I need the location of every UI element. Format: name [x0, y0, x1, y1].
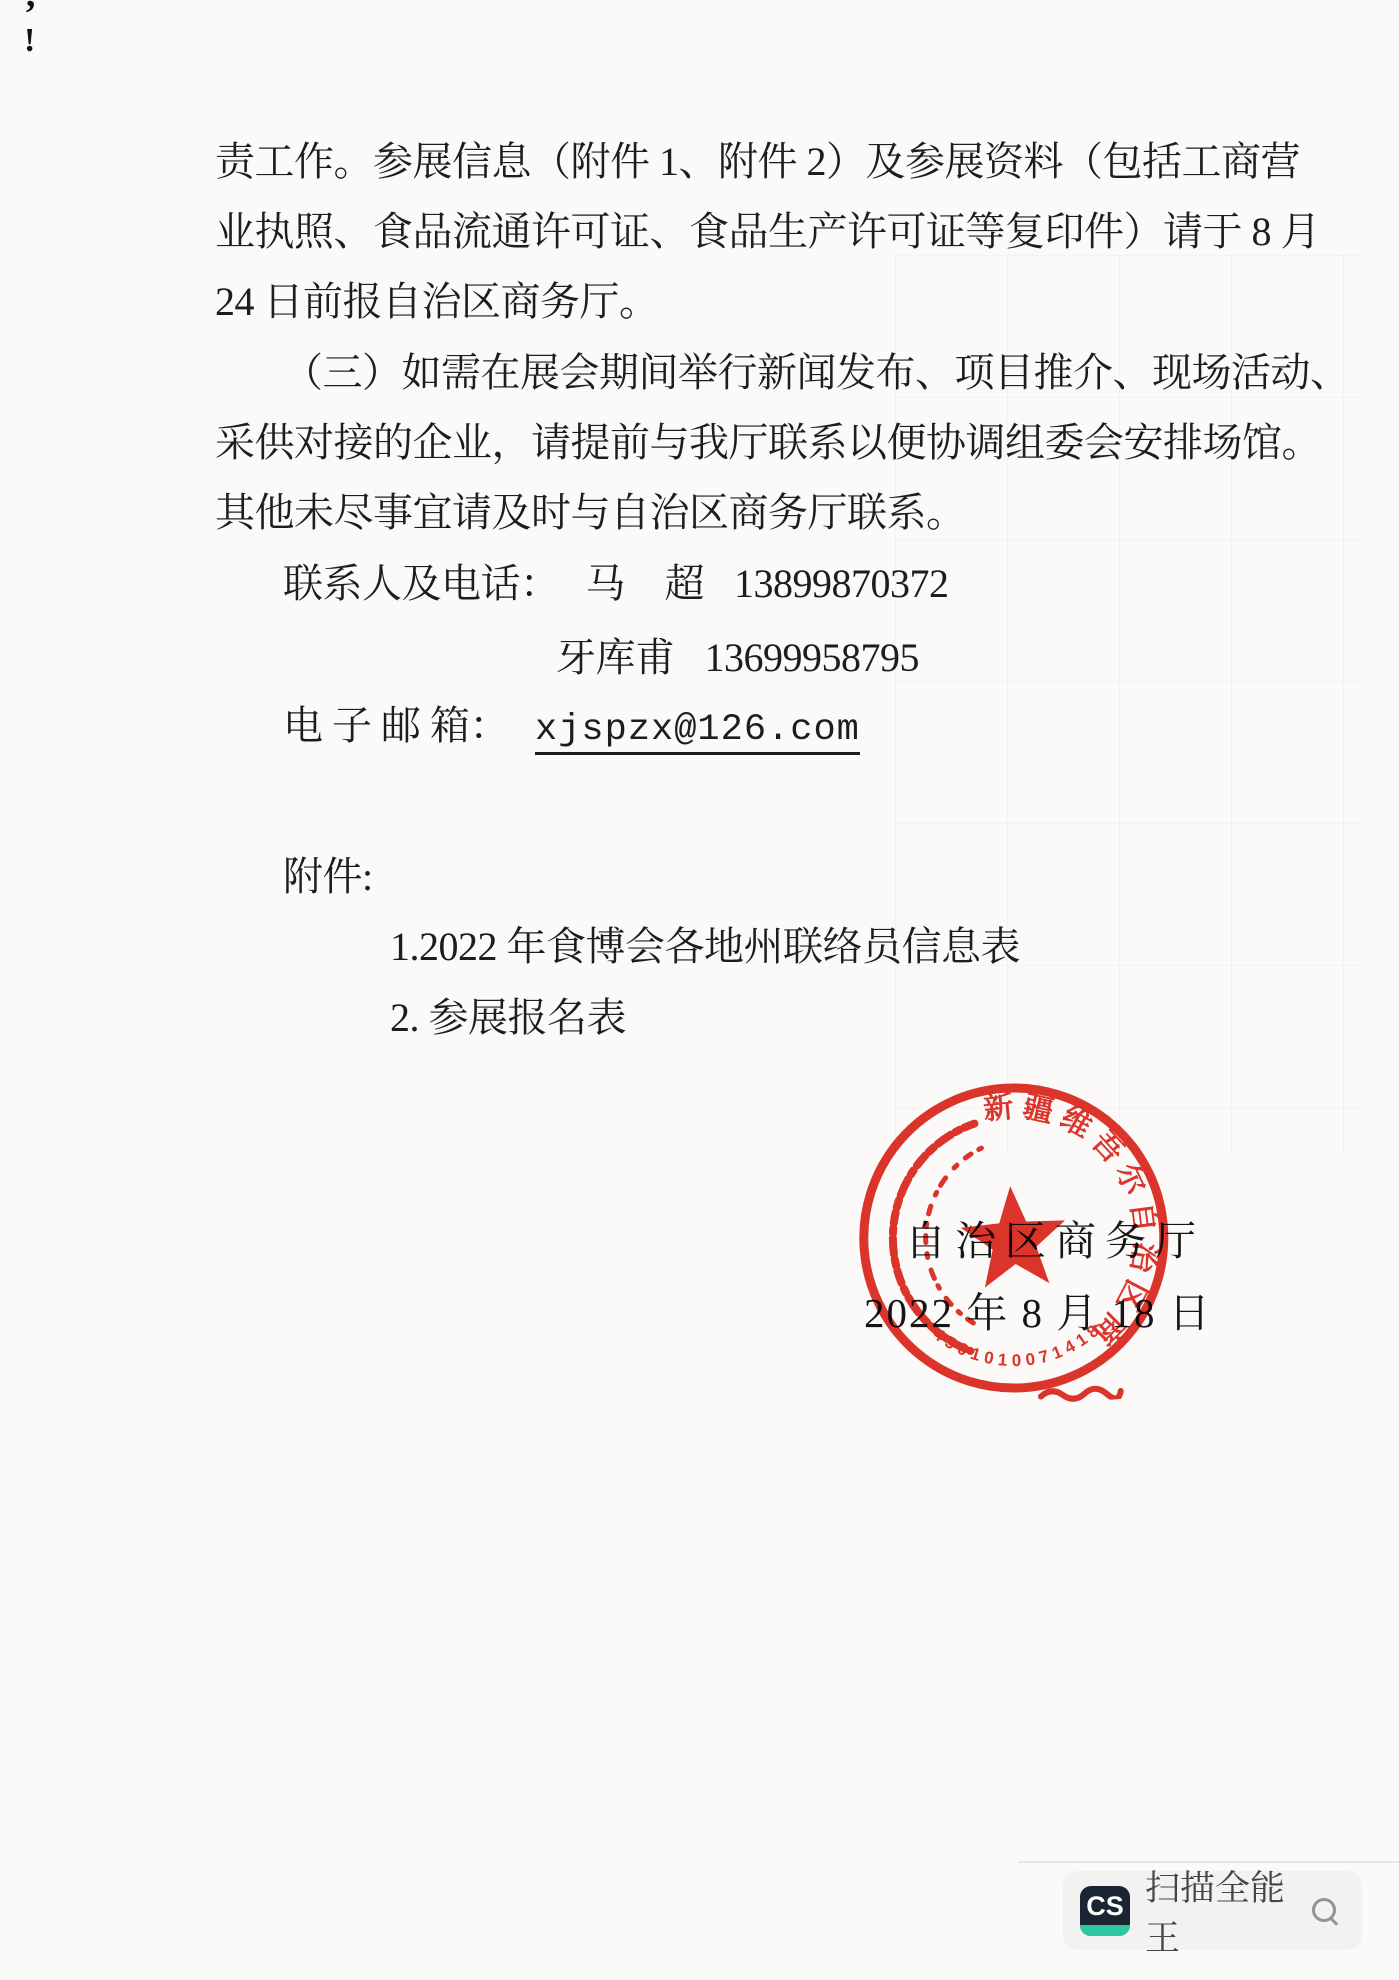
- contact-name: 马 超: [586, 561, 705, 606]
- contact-name: 牙库甫: [556, 635, 675, 680]
- contact-phone: 13699958795: [705, 635, 920, 680]
- attachments-label: 附件:: [283, 845, 373, 902]
- seal-scribble: [1041, 1386, 1122, 1403]
- body-text-line: 责工作。参展信息（附件 1、附件 2）及参展资料（包括工商营: [215, 130, 1300, 187]
- svg-text:4501010071418: 4501010071418: [928, 1313, 1108, 1376]
- camscanner-watermark: CS 扫描全能王: [1063, 1871, 1362, 1950]
- body-text-line: 24 日前报自治区商务厅。: [215, 270, 659, 327]
- camscanner-logo-accent: [1080, 1925, 1130, 1936]
- contact-line-2: 牙库甫13699958795: [556, 626, 919, 683]
- contact-line-1: 联系人及电话：马 超13899870372: [283, 552, 949, 609]
- scan-artifact-mark: !: [24, 22, 35, 60]
- body-text-line: 业执照、食品流通许可证、食品生产许可证等复印件）请于 8 月: [215, 200, 1320, 257]
- attachment-item: 1.2022 年食博会各地州联络员信息表: [390, 915, 1020, 972]
- camscanner-logo-icon: CS: [1080, 1886, 1130, 1936]
- body-text-line: 其他未尽事宜请及时与自治区商务厅联系。: [215, 481, 966, 538]
- official-seal: 新疆维吾尔自治区商务厅 4501010071418: [841, 1065, 1188, 1417]
- email-label: 电 子 邮 箱：: [283, 703, 509, 748]
- attachment-item: 2. 参展报名表: [390, 986, 626, 1043]
- contact-label: 联系人及电话：: [283, 561, 560, 606]
- contact-phone: 13899870372: [734, 561, 949, 606]
- seal-serial-number: 4501010071418: [928, 1313, 1108, 1376]
- scanned-document-page: ’ ! 责工作。参展信息（附件 1、附件 2）及参展资料（包括工商营 业执照、食…: [0, 0, 1399, 1980]
- body-text-line: 采供对接的企业，请提前与我厅联系以便协调组委会安排场馆。: [215, 411, 1321, 468]
- email-line: 电 子 邮 箱：xjspzx@126.com: [283, 694, 860, 751]
- search-handle: [1330, 1917, 1338, 1925]
- email-link[interactable]: xjspzx@126.com: [535, 709, 860, 755]
- star-icon: [958, 1183, 1069, 1290]
- camscanner-logo-text: CS: [1086, 1886, 1124, 1926]
- search-icon: [1312, 1898, 1338, 1924]
- camscanner-app-name: 扫描全能王: [1145, 1861, 1312, 1961]
- body-text-line: （三）如需在展会期间举行新闻发布、项目推介、现场活动、: [283, 341, 1350, 398]
